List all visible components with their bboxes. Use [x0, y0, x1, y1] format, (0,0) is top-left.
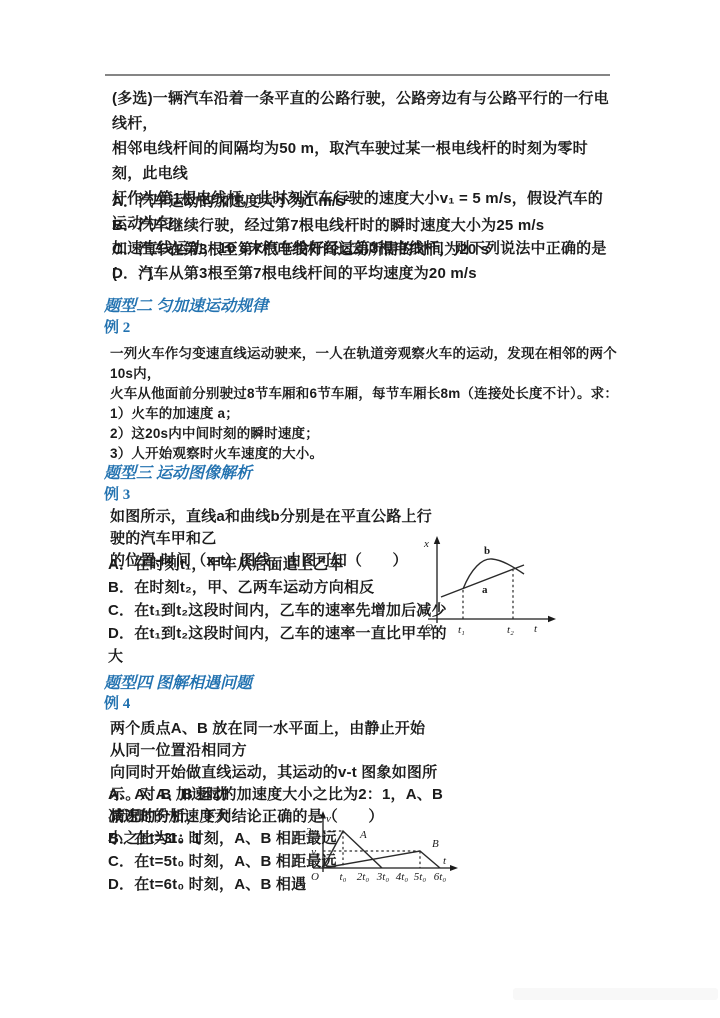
- xt-x-arrow-icon: [548, 616, 556, 622]
- vt-v0-label: v₀: [311, 846, 320, 858]
- vt-xlabel: t: [443, 855, 447, 867]
- section3-option-d: D．在t₁到t₂这段时间内，乙车的速率一直比甲车的大: [108, 622, 448, 668]
- xt-xlabel: t: [534, 623, 538, 635]
- section2-title: 题型二 匀加速运动规律: [104, 293, 504, 316]
- vt-ylabel: v: [326, 813, 331, 825]
- section2-question-1: 1）火车的加速度 a；: [110, 404, 630, 424]
- vt-tick-3t0: 3t₀: [376, 871, 390, 883]
- vt-line-B-label: B: [432, 838, 439, 850]
- section2-line-1: 一列火车作匀变速直线运动驶来，一人在轨道旁观察火车的运动，发现在相邻的两个10s…: [110, 344, 630, 384]
- xt-curve-b-label: b: [484, 545, 490, 557]
- xt-y-arrow-icon: [434, 536, 440, 544]
- xt-t2-label: t₂: [507, 624, 514, 636]
- xt-ylabel: x: [423, 538, 429, 550]
- problem1-line-2: 相邻电线杆间的间隔均为50 m，取汽车驶过某一根电线杆的时刻为零时刻，此电线: [112, 136, 617, 186]
- section2-paragraph: 一列火车作匀变速直线运动驶来，一人在轨道旁观察火车的运动，发现在相邻的两个10s…: [110, 344, 630, 464]
- section3-options: A．在时刻t₁，甲车从后面追上乙车 B．在时刻t₂，甲、乙两车运动方向相反 C．…: [108, 553, 448, 668]
- vt-x-arrow-icon: [450, 865, 458, 871]
- vt-tick-4t0: 4t₀: [396, 871, 409, 883]
- footer-highlight-bar: [513, 988, 718, 1000]
- section2-question-2: 2）这20s内中间时刻的瞬时速度；: [110, 424, 630, 444]
- problem1-option-a: A．汽车运动的加速度大小为1 m/s²: [112, 190, 617, 214]
- section4-example-label: 例 4: [104, 692, 304, 713]
- section3-line-1: 如图所示，直线a和曲线b分别是在平直公路上行驶的汽车甲和乙: [110, 506, 440, 550]
- problem1-option-b: B．汽车继续行驶，经过第7根电线杆时的瞬时速度大小为25 m/s: [112, 214, 617, 238]
- section4-line-1: 两个质点A、B 放在同一水平面上，由静止开始从同一位置沿相同方: [110, 718, 440, 762]
- vt-tick-6t0: 6t₀: [434, 871, 447, 883]
- vt-tick-2t0: 2t₀: [357, 871, 370, 883]
- xt-t1-label: t₁: [458, 624, 465, 636]
- section3-option-a: A．在时刻t₁，甲车从后面追上乙车: [108, 553, 448, 576]
- section3-title: 题型三 运动图像解析: [104, 460, 504, 483]
- section3-option-b: B．在时刻t₂，甲、乙两车运动方向相反: [108, 576, 448, 599]
- vt-2v0-label: 2v₀: [306, 826, 320, 838]
- vt-line-A-label: A: [359, 829, 367, 841]
- xt-origin-label: O: [425, 622, 433, 634]
- section3-option-c: C．在t₁到t₂这段时间内，乙车的速率先增加后减少: [108, 599, 448, 622]
- top-divider: [105, 74, 610, 76]
- problem1-options: A．汽车运动的加速度大小为1 m/s² B．汽车继续行驶，经过第7根电线杆时的瞬…: [112, 190, 617, 286]
- section3-example-label: 例 3: [104, 483, 304, 504]
- problem1-option-d: D．汽车从第3根至第7根电线杆间的平均速度为20 m/s: [112, 262, 617, 286]
- vt-tick-t0: t₀: [340, 871, 347, 883]
- section2-example-label: 例 2: [104, 316, 304, 337]
- problem1-line-1: (多选)一辆汽车沿着一条平直的公路行驶，公路旁边有与公路平行的一行电线杆，: [112, 86, 617, 136]
- xt-line-a-label: a: [482, 584, 488, 596]
- xt-graph-figure: x t O t₁ t₂ a b: [420, 533, 560, 645]
- vt-graph-figure: v t O 2v₀ v₀ t₀ 2t₀ 3t₀ 4t₀ 5t₀ 6t₀ A B: [306, 810, 466, 902]
- vt-origin-label: O: [311, 871, 319, 883]
- vt-line-B: [323, 851, 440, 868]
- section2-line-2: 火车从他面前分别驶过8节车厢和6节车厢，每节车厢长8m（连接处长度不计）。求：: [110, 384, 630, 404]
- vt-tick-5t0: 5t₀: [414, 871, 427, 883]
- problem1-option-c: C．汽车在第3根至第7根电线杆间运动所需的时间为20 s: [112, 238, 617, 262]
- section4-title: 题型四 图解相遇问题: [104, 670, 504, 693]
